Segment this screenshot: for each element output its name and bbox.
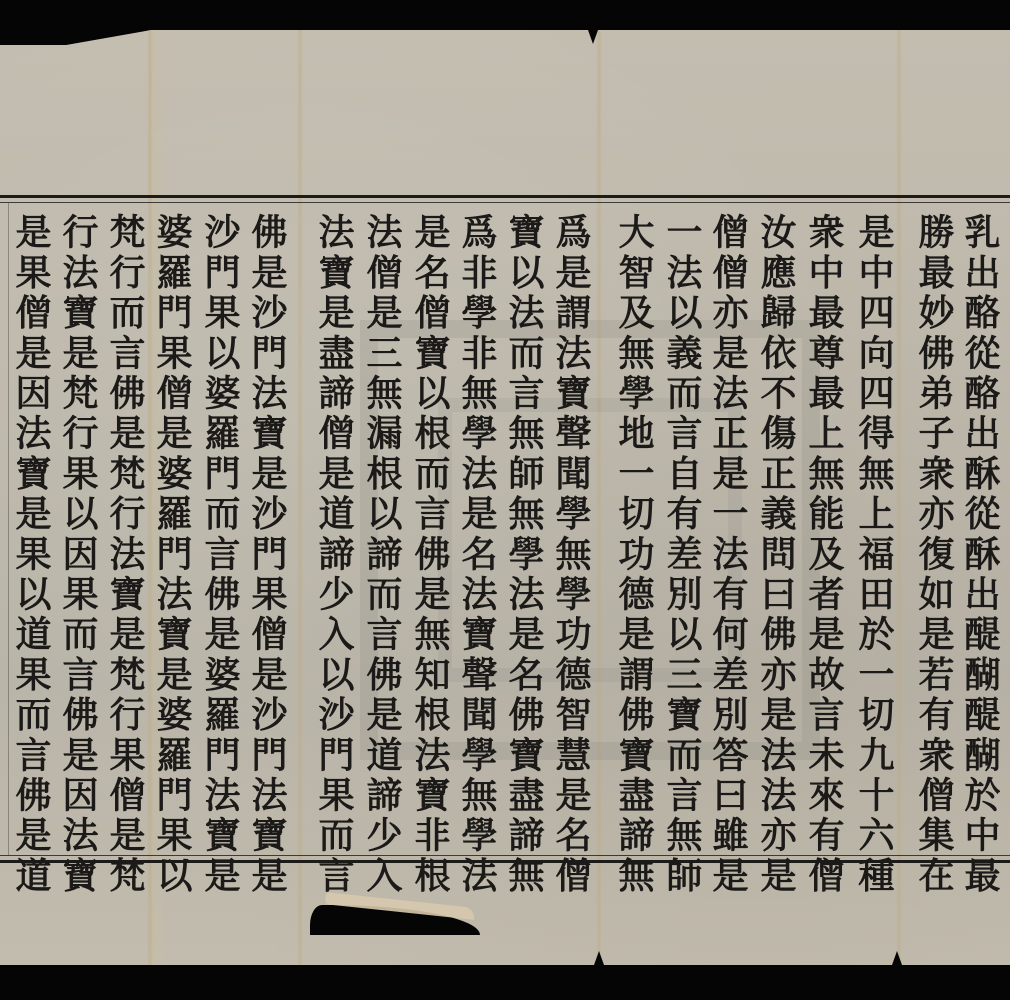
text-column-8: 大智及無學地一切功德是謂佛寶盡諦無 <box>612 213 656 896</box>
text-column-20: 是果僧是因法寶是果以道果而言佛是道 <box>9 213 53 896</box>
text-block: 乳出酪從酪出酥從酥出醍醐醍醐於中最 勝最妙佛弟子衆亦復如是若有衆僧集在 是中四向… <box>0 205 1010 855</box>
fold-notch <box>892 951 902 965</box>
text-column-16: 沙門果以婆羅門而言佛是婆羅門法寶是 <box>198 213 242 896</box>
text-column-19: 行法寶是梵行果以因果而言佛是因法寶 <box>56 213 100 896</box>
text-column-9: 爲是謂法寶聲聞學無學功德智慧是名僧 <box>549 213 593 896</box>
text-column-2: 勝最妙佛弟子衆亦復如是若有衆僧集在 <box>912 213 956 896</box>
top-border-thick <box>0 195 1010 198</box>
text-column-13: 法僧是三無漏根以諦而言佛是道諦少入 <box>360 213 404 896</box>
text-column-18: 梵行而言佛是梵行法寶是梵行果僧是梵 <box>103 213 147 896</box>
text-column-15: 佛是沙門法寶是沙門果僧是沙門法寶是 <box>245 213 289 896</box>
text-column-11: 爲非學非無學法是名法寶聲聞學無學法 <box>455 213 499 896</box>
text-column-3: 是中四向四得無上福田於一切九十六種 <box>852 213 896 896</box>
text-column-12: 是名僧寶以根而言佛是無知根法寶非根 <box>408 213 452 896</box>
torn-corner <box>0 30 165 45</box>
text-column-1: 乳出酪從酪出酥從酥出醍醐醍醐於中最 <box>958 213 1002 896</box>
text-column-17: 婆羅門果僧是婆羅門法寶是婆羅門果以 <box>150 213 194 896</box>
text-column-14: 法寶是盡諦僧是道諦少入以沙門果而言 <box>312 213 356 896</box>
text-column-7: 一法以義而言自有差別以三寶而言無師 <box>660 213 704 896</box>
text-column-5: 汝應歸依不傷正義問曰佛亦是法法亦是 <box>754 213 798 896</box>
top-border-thin <box>0 202 1010 203</box>
text-column-4: 衆中最尊最上無能及者是故言未來有僧 <box>802 213 846 896</box>
fold-notch <box>588 30 598 44</box>
fold-notch <box>594 951 604 965</box>
text-column-6: 僧僧亦是法正是一法有何差別答曰雖是 <box>706 213 750 896</box>
text-column-10: 寶以法而言無師無學法是名佛寶盡諦無 <box>502 213 546 896</box>
